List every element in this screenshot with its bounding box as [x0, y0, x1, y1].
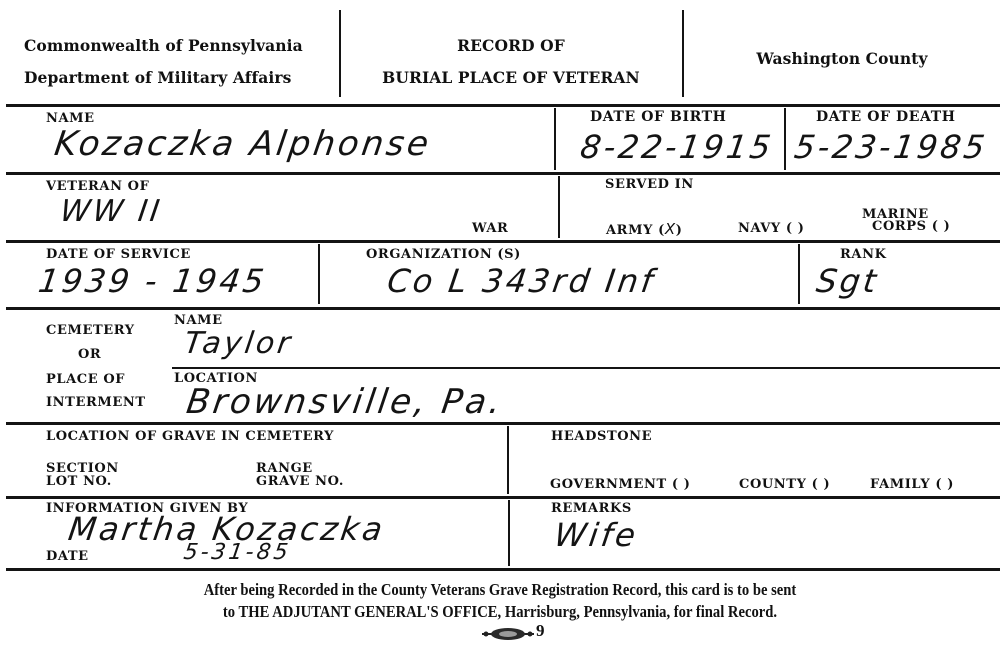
marine-corps-option[interactable]: CORPS ( )	[872, 220, 950, 234]
dod-label: DATE OF DEATH	[816, 110, 956, 124]
row5-divider	[507, 426, 509, 494]
header-record-of: RECORD OF	[340, 36, 682, 55]
rank-value: Sgt	[814, 262, 882, 300]
organization-label: ORGANIZATION (S)	[366, 248, 521, 262]
row3-divider-2	[798, 244, 800, 304]
cemetery-name-value: Taylor	[182, 326, 295, 361]
army-checkmark: X	[665, 220, 676, 238]
footer-instruction-line1: After being Recorded in the County Veter…	[70, 580, 930, 600]
headstone-family-option[interactable]: FAMILY ( )	[870, 478, 954, 492]
header-department: Department of Military Affairs	[24, 68, 292, 87]
footer-instruction-line2: to THE ADJUTANT GENERAL'S OFFICE, Harris…	[70, 602, 930, 622]
lot-no-label: LOT NO.	[46, 475, 112, 489]
header-burial-place: BURIAL PLACE OF VETERAN	[340, 68, 682, 87]
rule-row2	[6, 240, 1000, 243]
rule-cemetery-name	[172, 367, 1000, 369]
dob-label: DATE OF BIRTH	[590, 110, 726, 124]
name-value: Kozaczka Alphonse	[52, 124, 434, 164]
row1-divider-2	[784, 108, 786, 170]
rank-label: RANK	[840, 248, 886, 262]
row6-divider	[508, 500, 510, 566]
union-label-icon	[482, 627, 534, 639]
header-commonwealth: Commonwealth of Pennsylvania	[24, 36, 303, 55]
rule-row1	[6, 172, 1000, 175]
headstone-government-option[interactable]: GOVERNMENT ( )	[550, 478, 691, 492]
service-dates-label: DATE OF SERVICE	[46, 248, 191, 262]
served-in-label: SERVED IN	[605, 178, 694, 192]
row3-divider-1	[318, 244, 320, 304]
army-label: ARMY (	[606, 223, 665, 238]
remarks-label: REMARKS	[551, 502, 632, 516]
headstone-label: HEADSTONE	[551, 430, 652, 444]
header-county: Washington County	[684, 49, 1000, 68]
navy-option[interactable]: NAVY ( )	[738, 222, 805, 236]
date-value: 5-31-85	[182, 540, 292, 565]
headstone-county-option[interactable]: COUNTY ( )	[739, 478, 830, 492]
war-label: WAR	[472, 222, 508, 236]
grave-no-label: GRAVE NO.	[256, 475, 344, 489]
rule-row6	[6, 568, 1000, 571]
army-option[interactable]: ARMY (X)	[606, 222, 683, 238]
location-value: Brownsville, Pa.	[184, 382, 506, 422]
place-of-label: PLACE OF	[46, 373, 125, 387]
date-label: DATE	[46, 550, 89, 564]
rule-row3	[6, 307, 1000, 310]
remarks-value: Wife	[552, 516, 641, 554]
dob-value: 8-22-1915	[578, 128, 776, 166]
organization-value: Co L 343rd Inf	[385, 262, 658, 300]
rule-header	[6, 104, 1000, 107]
interment-label: INTERMENT	[46, 396, 146, 410]
cemetery-label: CEMETERY	[46, 324, 135, 338]
row2-divider	[558, 176, 560, 238]
service-dates-value: 1939 - 1945	[36, 262, 269, 300]
page-number: 9	[536, 621, 545, 641]
rule-row5	[6, 496, 1000, 499]
or-label: OR	[78, 348, 101, 362]
dod-value: 5-23-1985	[792, 128, 990, 166]
rule-row4	[6, 422, 1000, 425]
row1-divider-1	[554, 108, 556, 170]
army-close: )	[676, 223, 683, 238]
veteran-of-label: VETERAN OF	[46, 180, 149, 194]
veteran-of-value: WW II	[58, 194, 164, 229]
grave-location-label: LOCATION OF GRAVE IN CEMETERY	[46, 430, 334, 444]
